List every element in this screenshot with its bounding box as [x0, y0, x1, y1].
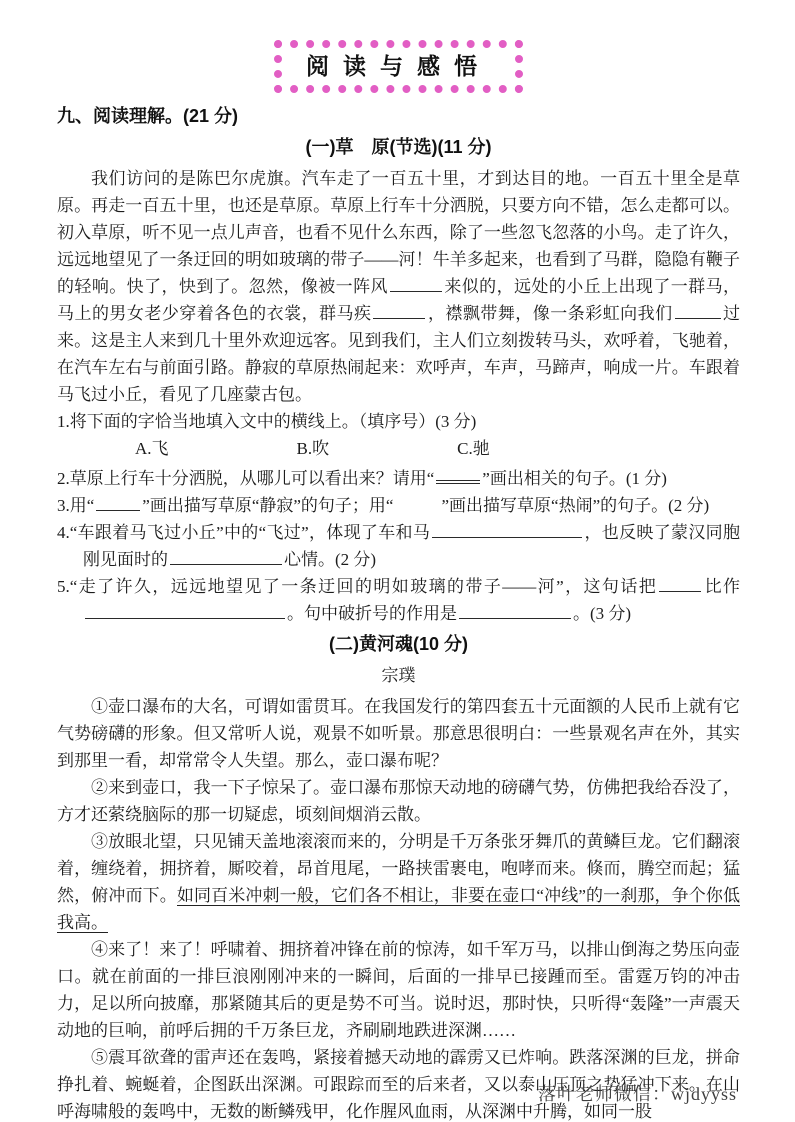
- part2-author: 宗璞: [57, 662, 740, 689]
- part1-title: (一)草 原(节选)(11 分): [57, 134, 740, 161]
- answer-blank: [459, 602, 571, 619]
- answer-blank: [436, 464, 480, 484]
- part2-title: (二)黄河魂(10 分): [57, 631, 740, 658]
- option-c: C.驰: [457, 435, 490, 462]
- question-4: 4.“车跟着马飞过小丘”中的“飞过”，体现了车和马，也反映了蒙汉同胞刚见面时的心…: [57, 519, 740, 573]
- answer-blank: [432, 521, 582, 538]
- answer-blank: [85, 602, 285, 619]
- part1-passage: 我们访问的是陈巴尔虎旗。汽车走了一百五十里，才到达目的地。一百五十里全是草原。再…: [57, 165, 740, 408]
- option-b: B.吹: [297, 435, 330, 462]
- test-paper-page: 阅读与感悟 九、阅读理解。(21 分) (一)草 原(节选)(11 分) 我们访…: [0, 0, 795, 1122]
- decorative-lace-border: 阅读与感悟: [274, 40, 523, 93]
- option-a: A.飞: [135, 435, 169, 462]
- banner-title: 阅读与感悟: [306, 53, 491, 80]
- question-2: 2.草原上行车十分洒脱，从哪儿可以看出来？请用“”画出相关的句子。(1 分): [57, 464, 740, 492]
- answer-blank: [395, 495, 439, 511]
- part2-paragraph-4: ④来了！来了！呼啸着、拥挤着冲锋在前的惊涛，如千军万马，以排山倒海之势压向壶口。…: [57, 936, 740, 1044]
- banner-container: 阅读与感悟: [57, 40, 740, 93]
- answer-blank: [96, 494, 140, 511]
- teacher-wechat-contact: 落叶老师微信：wjdyyss: [538, 1081, 737, 1108]
- answer-blank: [373, 302, 425, 319]
- part2-paragraph-2: ②来到壶口，我一下子惊呆了。壶口瀑布那惊天动地的磅礴气势，仿佛把我给吞没了，方才…: [57, 774, 740, 828]
- part2-paragraph-1: ①壶口瀑布的大名，可谓如雷贯耳。在我国发行的第四套五十元面额的人民币上就有它气势…: [57, 693, 740, 774]
- underlined-sentence: 如同百米冲刺一般，它们各不相让，非要在壶口“冲线”的一刹那，争个你低我高。: [57, 886, 740, 933]
- answer-blank: [390, 275, 442, 292]
- section-heading: 九、阅读理解。(21 分): [57, 103, 740, 130]
- question-3: 3.用“”画出描写草原“静寂”的句子；用“ ”画出描写草原“热闹”的句子。(2 …: [57, 492, 740, 519]
- question-1-options: A.飞 B.吹 C.驰: [135, 435, 740, 462]
- question-5: 5.“走了许久，远远地望见了一条迂回的明如玻璃的带子——河”，这句话把比作。句中…: [57, 573, 740, 627]
- answer-blank: [170, 548, 282, 565]
- part2-paragraph-3: ③放眼北望，只见铺天盖地滚滚而来的，分明是千万条张牙舞爪的黄鳞巨龙。它们翻滚着，…: [57, 828, 740, 936]
- question-1: 1.将下面的字恰当地填入文中的横线上。（填序号）(3 分): [57, 408, 740, 435]
- answer-blank: [675, 302, 721, 319]
- answer-blank: [659, 575, 701, 592]
